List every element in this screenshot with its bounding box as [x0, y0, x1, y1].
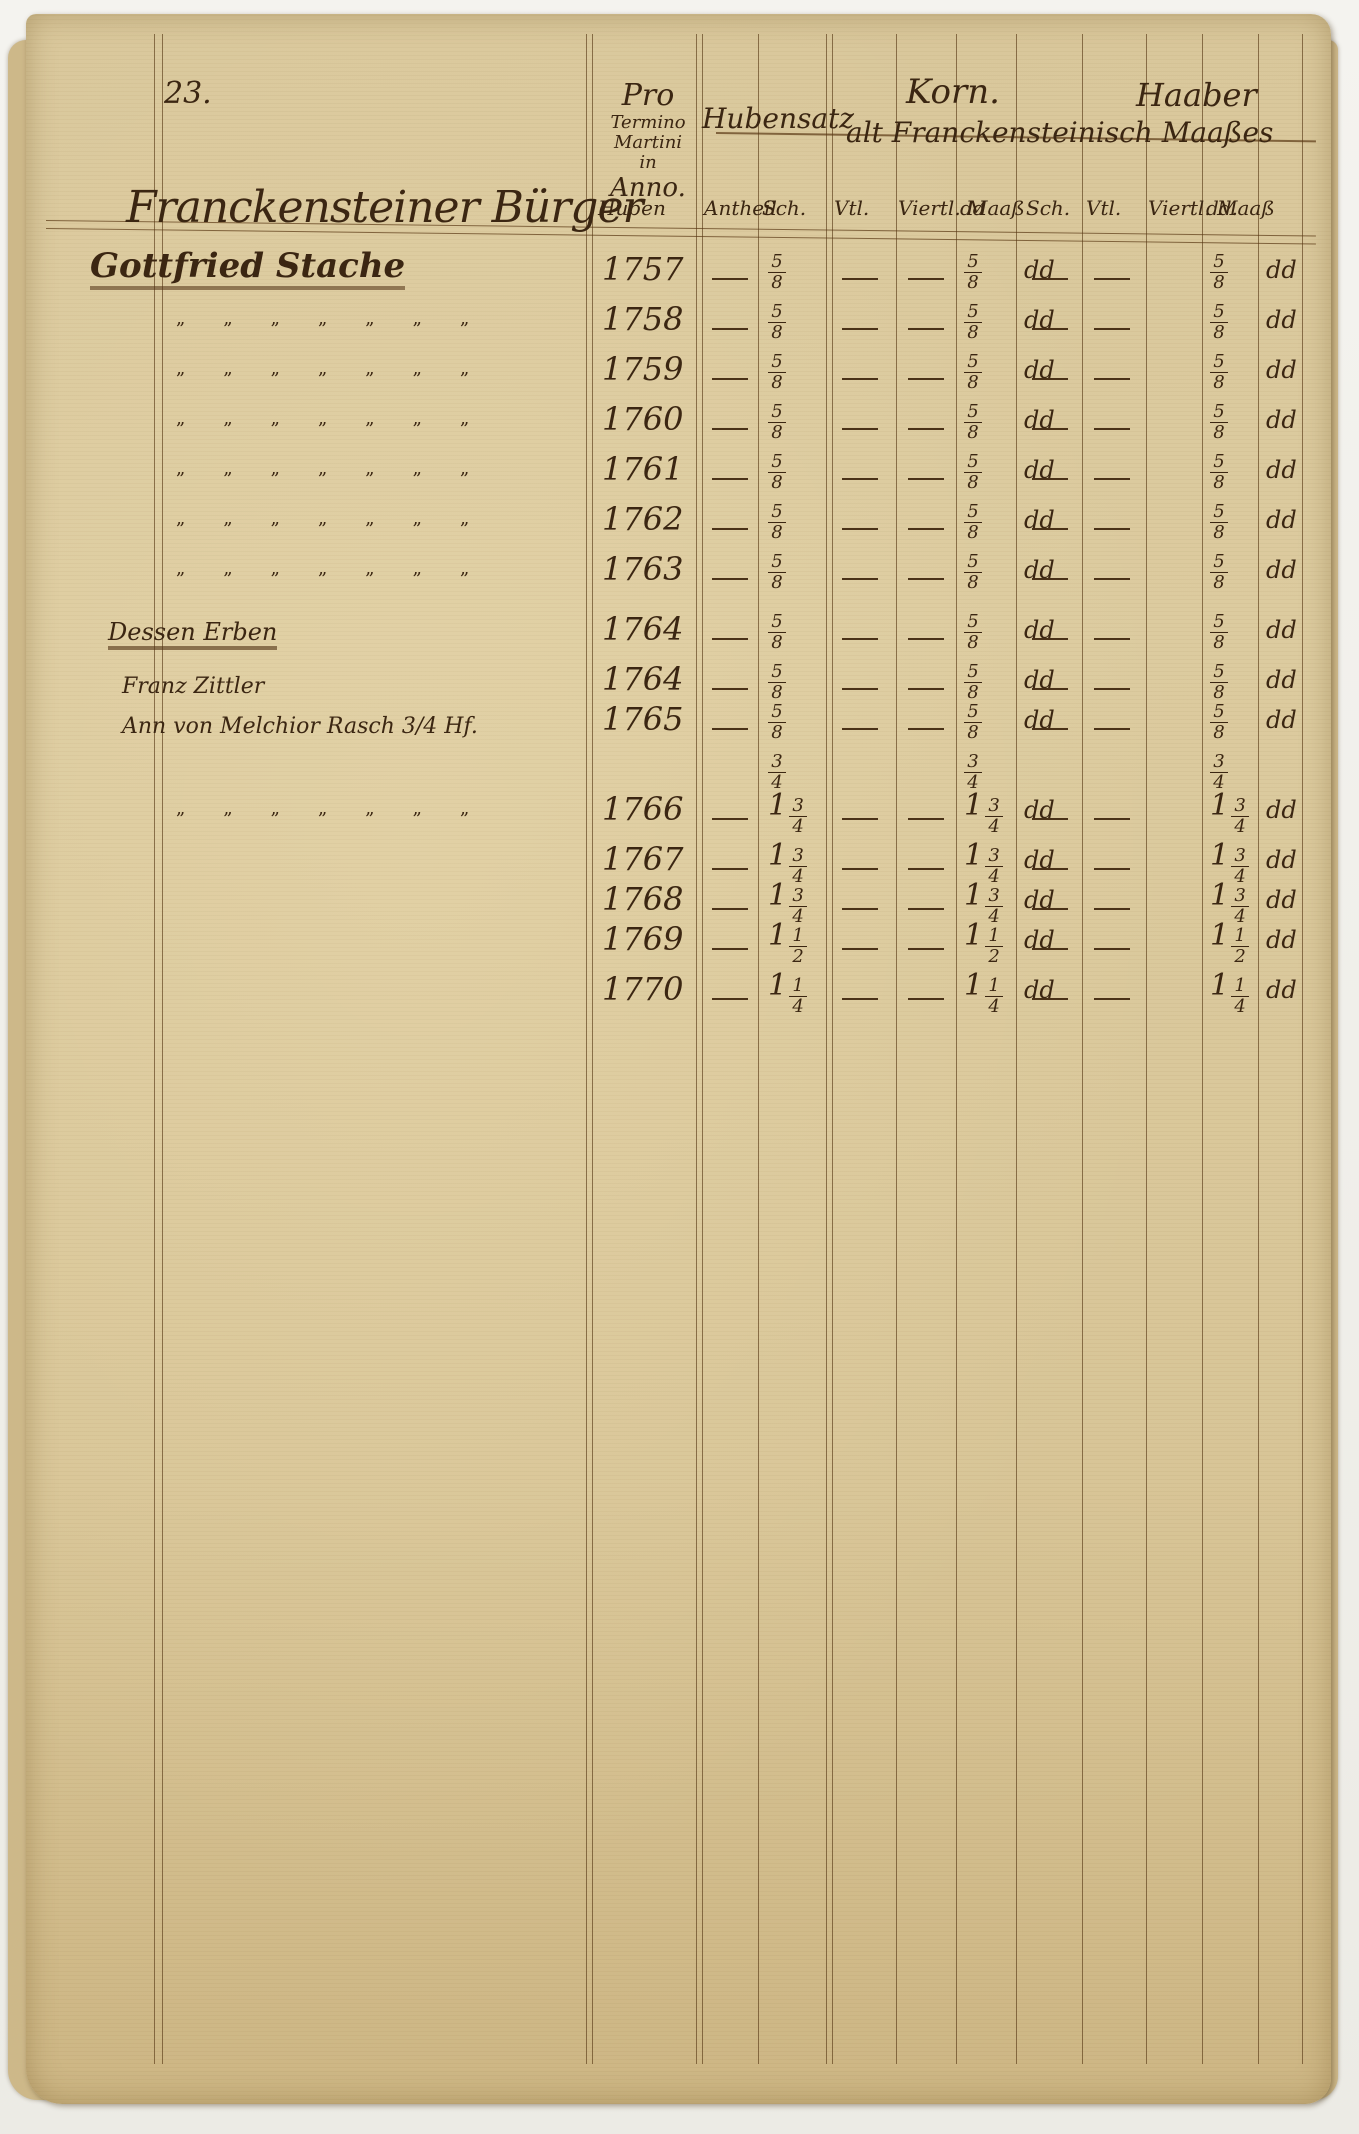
empty-dash	[842, 858, 878, 877]
haaber-paid-mark: dd	[1266, 406, 1297, 434]
ditto-marks: „„„„„„„	[176, 358, 507, 379]
empty-dash	[908, 808, 944, 827]
empty-dash	[842, 318, 878, 337]
haaber-value: 58	[1210, 658, 1228, 702]
year: 1770	[602, 970, 683, 1008]
empty-dash	[712, 368, 748, 387]
haaber-paid-mark: dd	[1266, 456, 1297, 484]
term-header: Pro Termino Martini in Anno.	[598, 78, 698, 203]
empty-dash	[842, 418, 878, 437]
ledger-row: 1765585858dddd	[26, 704, 1331, 744]
antheil-value: 58	[768, 608, 786, 652]
empty-dash	[1094, 468, 1130, 487]
korn-paid-mark: dd	[1024, 796, 1055, 824]
antheil-value: 58	[768, 658, 786, 702]
ledger-row: 1764585858dddd	[26, 664, 1331, 704]
korn-paid-mark: dd	[1024, 886, 1055, 914]
antheil-value: 58	[768, 698, 786, 742]
year: 1762	[602, 500, 683, 538]
antheil-value: 58	[768, 398, 786, 442]
haaber-paid-mark: dd	[1266, 976, 1297, 1004]
haaber-value: 58	[1210, 448, 1228, 492]
haaber-value: 58	[1210, 348, 1228, 392]
year: 1767	[602, 840, 683, 878]
korn-value: 114	[964, 968, 1003, 1016]
empty-dash	[1094, 318, 1130, 337]
haaber-paid-mark: dd	[1266, 506, 1297, 534]
section-title: Franckensteiner Bürger	[126, 182, 643, 233]
korn-paid-mark: dd	[1024, 356, 1055, 384]
haaber-paid-mark: dd	[1266, 556, 1297, 584]
column-header: Vtl.	[1086, 196, 1121, 220]
korn-value: 58	[964, 298, 982, 342]
korn-paid-mark: dd	[1024, 406, 1055, 434]
ditto-marks: „„„„„„„	[176, 798, 507, 819]
year: 1765	[602, 700, 683, 738]
antheil-value: 114	[768, 968, 807, 1016]
hubensatz-header: Hubensatz	[702, 102, 854, 135]
korn-paid-mark: dd	[1024, 456, 1055, 484]
empty-dash	[842, 368, 878, 387]
antheil-value: 58	[768, 348, 786, 392]
column-header: dd	[960, 196, 986, 220]
empty-dash	[908, 898, 944, 917]
empty-dash	[842, 628, 878, 647]
antheil-value: 134	[768, 788, 807, 836]
empty-dash	[842, 718, 878, 737]
empty-dash	[842, 468, 878, 487]
korn-value: 58	[964, 448, 982, 492]
empty-dash	[908, 718, 944, 737]
ditto-marks: „„„„„„„	[176, 508, 507, 529]
empty-dash	[908, 938, 944, 957]
ditto-marks: „„„„„„„	[176, 408, 507, 429]
empty-dash	[712, 858, 748, 877]
column-header: Huben	[598, 196, 666, 220]
haaber-value: 112	[1210, 918, 1249, 966]
haaber-value: 58	[1210, 298, 1228, 342]
ledger-row: „„„„„„„1763585858dddd	[26, 554, 1331, 594]
year: 1768	[602, 880, 683, 918]
empty-dash	[712, 268, 748, 287]
year: 1758	[602, 300, 683, 338]
empty-dash	[908, 628, 944, 647]
korn-paid-mark: dd	[1024, 666, 1055, 694]
empty-dash	[842, 518, 878, 537]
ledger-row: 1757585858dddd	[26, 254, 1331, 294]
haaber-paid-mark: dd	[1266, 256, 1297, 284]
korn-value: 58	[964, 698, 982, 742]
ledger-row: 1767134134134dddd	[26, 844, 1331, 884]
haaber-paid-mark: dd	[1266, 796, 1297, 824]
ditto-marks: „„„„„„„	[176, 558, 507, 579]
empty-dash	[1094, 808, 1130, 827]
year: 1764	[602, 660, 683, 698]
measure-note-header: alt Franckensteinisch Maaßes	[846, 116, 1273, 149]
korn-paid-mark: dd	[1024, 616, 1055, 644]
empty-dash	[908, 468, 944, 487]
korn-value: 134	[964, 788, 1003, 836]
empty-dash	[1094, 628, 1130, 647]
empty-dash	[842, 898, 878, 917]
korn-paid-mark: dd	[1024, 926, 1055, 954]
haaber-paid-mark: dd	[1266, 926, 1297, 954]
empty-dash	[1094, 718, 1130, 737]
year: 1766	[602, 790, 683, 828]
korn-paid-mark: dd	[1024, 506, 1055, 534]
empty-dash	[712, 518, 748, 537]
empty-dash	[712, 468, 748, 487]
ledger-row: „„„„„„„1760585858dddd	[26, 404, 1331, 444]
haaber-value: 58	[1210, 608, 1228, 652]
korn-value: 58	[964, 348, 982, 392]
empty-dash	[908, 678, 944, 697]
column-header: dd.	[1206, 196, 1238, 220]
haaber-paid-mark: dd	[1266, 846, 1297, 874]
korn-header: Korn.	[906, 72, 1000, 112]
korn-value: 58	[964, 498, 982, 542]
korn-value: 58	[964, 248, 982, 292]
empty-dash	[1094, 368, 1130, 387]
haaber-value: 58	[1210, 248, 1228, 292]
ditto-marks: „„„„„„„	[176, 458, 507, 479]
ledger-row: 343434	[26, 754, 1331, 794]
haaber-header: Haaber	[1136, 76, 1257, 114]
empty-dash	[1094, 988, 1130, 1007]
ledger-row: 1769112112112dddd	[26, 924, 1331, 964]
korn-paid-mark: dd	[1024, 976, 1055, 1004]
empty-dash	[908, 368, 944, 387]
korn-value: 112	[964, 918, 1003, 966]
haaber-paid-mark: dd	[1266, 356, 1297, 384]
haaber-paid-mark: dd	[1266, 886, 1297, 914]
antheil-value: 58	[768, 548, 786, 592]
empty-dash	[842, 568, 878, 587]
empty-dash	[712, 628, 748, 647]
page-number: 23.	[164, 76, 212, 111]
empty-dash	[908, 858, 944, 877]
antheil-value: 112	[768, 918, 807, 966]
ledger-row: 1764585858dddd	[26, 614, 1331, 654]
antheil-value: 58	[768, 248, 786, 292]
empty-dash	[712, 938, 748, 957]
empty-dash	[712, 568, 748, 587]
korn-paid-mark: dd	[1024, 306, 1055, 334]
empty-dash	[712, 318, 748, 337]
empty-dash	[842, 678, 878, 697]
empty-dash	[908, 318, 944, 337]
empty-dash	[712, 988, 748, 1007]
korn-value: 34	[964, 748, 982, 792]
empty-dash	[842, 808, 878, 827]
haaber-value: 34	[1210, 748, 1228, 792]
haaber-paid-mark: dd	[1266, 306, 1297, 334]
year: 1759	[602, 350, 683, 388]
ledger-row: „„„„„„„1758585858dddd	[26, 304, 1331, 344]
korn-paid-mark: dd	[1024, 706, 1055, 734]
year: 1757	[602, 250, 683, 288]
year: 1769	[602, 920, 683, 958]
year: 1761	[602, 450, 683, 488]
empty-dash	[712, 718, 748, 737]
antheil-value: 34	[768, 748, 786, 792]
ledger-row: „„„„„„„1762585858dddd	[26, 504, 1331, 544]
korn-value: 58	[964, 548, 982, 592]
antheil-value: 58	[768, 298, 786, 342]
empty-dash	[1094, 568, 1130, 587]
korn-value: 58	[964, 658, 982, 702]
empty-dash	[1094, 858, 1130, 877]
empty-dash	[1094, 678, 1130, 697]
empty-dash	[712, 678, 748, 697]
korn-paid-mark: dd	[1024, 846, 1055, 874]
empty-dash	[712, 418, 748, 437]
korn-value: 58	[964, 398, 982, 442]
column-header: Sch.	[1026, 196, 1070, 220]
empty-dash	[1094, 518, 1130, 537]
haaber-value: 58	[1210, 548, 1228, 592]
haaber-value: 134	[1210, 788, 1249, 836]
antheil-value: 58	[768, 498, 786, 542]
korn-value: 58	[964, 608, 982, 652]
antheil-value: 58	[768, 448, 786, 492]
empty-dash	[712, 808, 748, 827]
korn-paid-mark: dd	[1024, 556, 1055, 584]
ledger-row: „„„„„„„1759585858dddd	[26, 354, 1331, 394]
empty-dash	[1094, 898, 1130, 917]
empty-dash	[842, 268, 878, 287]
ledger-row: 1768134134134dddd	[26, 884, 1331, 924]
column-header: Sch.	[762, 196, 806, 220]
empty-dash	[842, 988, 878, 1007]
haaber-value: 58	[1210, 398, 1228, 442]
ledger-row: „„„„„„„1766134134134dddd	[26, 794, 1331, 834]
haaber-paid-mark: dd	[1266, 616, 1297, 644]
haaber-value: 114	[1210, 968, 1249, 1016]
empty-dash	[842, 938, 878, 957]
empty-dash	[1094, 938, 1130, 957]
empty-dash	[908, 568, 944, 587]
korn-paid-mark: dd	[1024, 256, 1055, 284]
year: 1760	[602, 400, 683, 438]
haaber-value: 58	[1210, 698, 1228, 742]
haaber-paid-mark: dd	[1266, 666, 1297, 694]
column-header: Vtl.	[834, 196, 869, 220]
empty-dash	[908, 418, 944, 437]
year: 1764	[602, 610, 683, 648]
empty-dash	[908, 988, 944, 1007]
empty-dash	[908, 268, 944, 287]
year: 1763	[602, 550, 683, 588]
ledger-row: 1770114114114dddd	[26, 974, 1331, 1014]
empty-dash	[908, 518, 944, 537]
ditto-marks: „„„„„„„	[176, 308, 507, 329]
empty-dash	[1094, 268, 1130, 287]
empty-dash	[712, 898, 748, 917]
ledger-row: „„„„„„„1761585858dddd	[26, 454, 1331, 494]
empty-dash	[1094, 418, 1130, 437]
haaber-paid-mark: dd	[1266, 706, 1297, 734]
haaber-value: 58	[1210, 498, 1228, 542]
ledger-page: 23. Franckensteiner Bürger Pro Termino M…	[26, 14, 1331, 2104]
